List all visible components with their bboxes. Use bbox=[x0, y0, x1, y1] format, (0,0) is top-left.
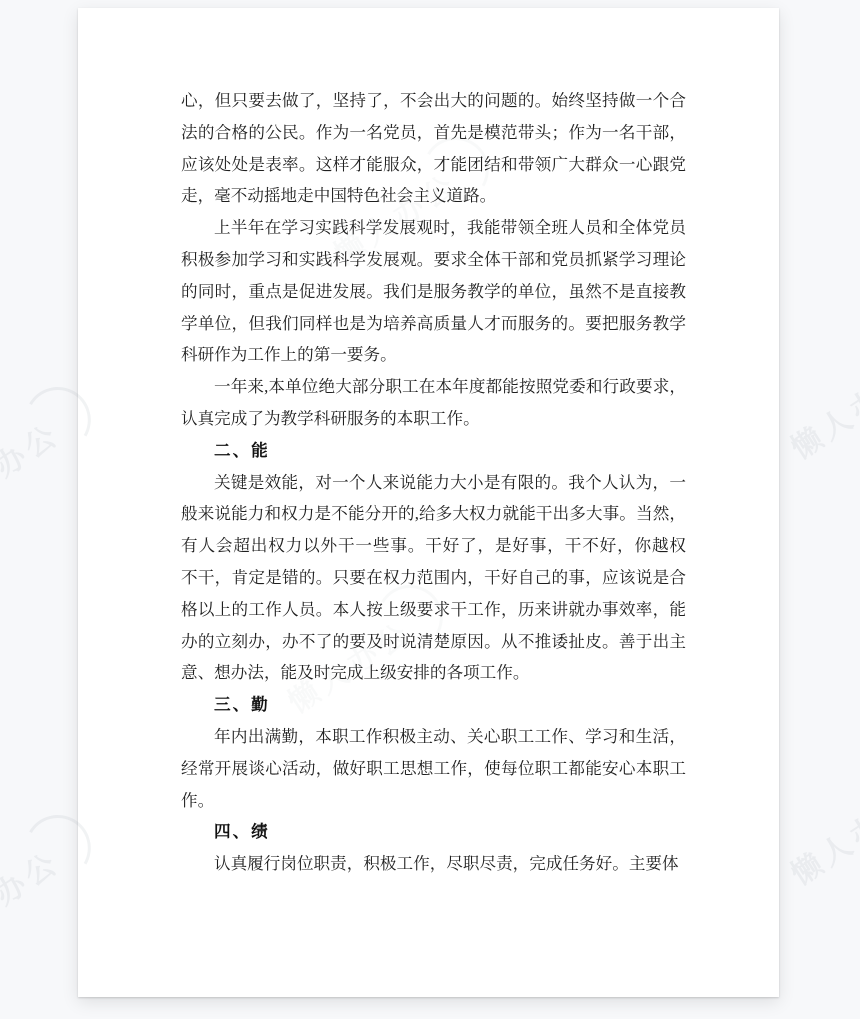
text-line: 科研作为工作上的第一要务。 bbox=[181, 339, 686, 371]
text-line: 一年来,本单位绝大部分职工在本年度都能按照党委和行政要求， bbox=[181, 371, 686, 403]
text-line: 应该处处是表率。这样才能服众，才能团结和带领广大群众一心跟党 bbox=[181, 149, 686, 181]
watermark-text: 懒人办公 bbox=[786, 362, 860, 466]
text-line: 格以上的工作人员。本人按上级要求干工作，历来讲就办事效率，能 bbox=[181, 594, 686, 626]
text-line: 积极参加学习和实践科学发展观。要求全体干部和党员抓紧学习理论 bbox=[181, 244, 686, 276]
text-line: 办的立刻办，办不了的要及时说清楚原因。从不推诿扯皮。善于出主 bbox=[181, 626, 686, 658]
text-line: 认真履行岗位职责，积极工作，尽职尽责，完成任务好。主要体 bbox=[181, 848, 686, 880]
watermark: 懒人办公 bbox=[772, 744, 860, 897]
section-heading: 四、绩 bbox=[181, 816, 686, 848]
text-line: 的同时，重点是促进发展。我们是服务教学的单位，虽然不是直接教 bbox=[181, 276, 686, 308]
section-heading: 三、勤 bbox=[181, 689, 686, 721]
document-page: 心，但只要去做了，坚持了，不会出大的问题的。始终坚持做一个合法的合格的公民。作为… bbox=[78, 8, 779, 997]
text-line: 认真完成了为教学科研服务的本职工作。 bbox=[181, 403, 686, 435]
page-content: 心，但只要去做了，坚持了，不会出大的问题的。始终坚持做一个合法的合格的公民。作为… bbox=[181, 85, 686, 880]
text-line: 般来说能力和权力是不能分开的,给多大权力就能干出多大事。当然， bbox=[181, 498, 686, 530]
text-line: 关键是效能，对一个人来说能力大小是有限的。我个人认为，一 bbox=[181, 467, 686, 499]
text-line: 学单位，但我们同样也是为培养高质量人才而服务的。要把服务教学 bbox=[181, 308, 686, 340]
text-line: 有人会超出权力以外干一些事。干好了，是好事，干不好，你越权了， bbox=[181, 530, 686, 562]
text-line: 年内出满勤，本职工作积极主动、关心职工工作、学习和生活， bbox=[181, 721, 686, 753]
watermark: 懒人办公 bbox=[772, 318, 860, 471]
document-viewer: { "watermark": { "text": "懒人办公", "color"… bbox=[0, 0, 860, 1019]
watermark-text: 懒人办公 bbox=[0, 846, 66, 950]
watermark-text: 懒人办公 bbox=[0, 418, 66, 522]
text-line: 意、想办法，能及时完成上级安排的各项工作。 bbox=[181, 657, 686, 689]
text-line: 走，毫不动摇地走中国特色社会主义道路。 bbox=[181, 180, 686, 212]
text-line: 作。 bbox=[181, 785, 686, 817]
text-line: 法的合格的公民。作为一名党员，首先是模范带头；作为一名干部， bbox=[181, 117, 686, 149]
text-line: 上半年在学习实践科学发展观时，我能带领全班人员和全体党员 bbox=[181, 212, 686, 244]
text-line: 心，但只要去做了，坚持了，不会出大的问题的。始终坚持做一个合 bbox=[181, 85, 686, 117]
text-line: 不干，肯定是错的。只要在权力范围内，干好自己的事，应该说是合 bbox=[181, 562, 686, 594]
text-line: 经常开展谈心活动，做好职工思想工作，使每位职工都能安心本职工 bbox=[181, 753, 686, 785]
watermark-text: 懒人办公 bbox=[786, 788, 860, 892]
section-heading: 二、能 bbox=[181, 435, 686, 467]
